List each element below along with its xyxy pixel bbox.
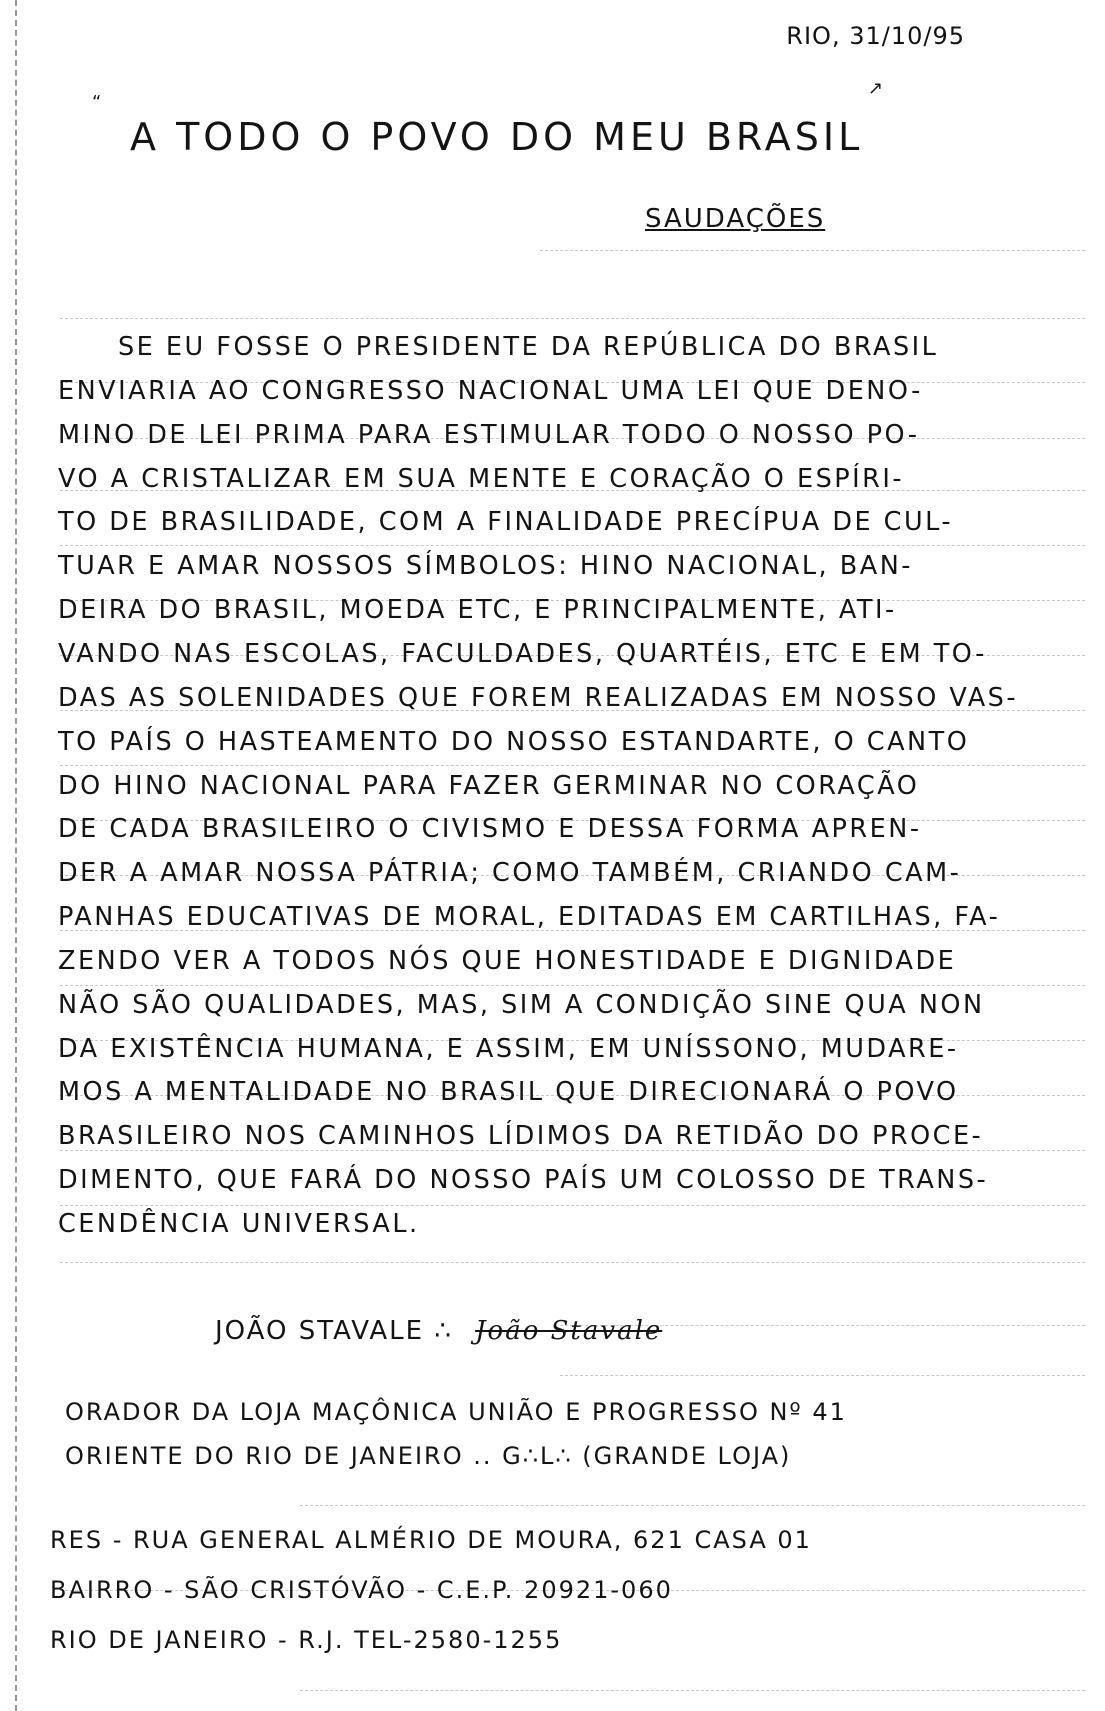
ruled-line (60, 985, 1085, 986)
body-line: das as solenidades que forem realizadas … (58, 686, 1018, 712)
letter-title: A Todo o Povo do Meu Brasil (130, 118, 863, 156)
body-line: tuar e amar nossos símbolos: Hino Nacion… (58, 554, 913, 580)
body-line: não são qualidades, mas, sim a condição … (58, 993, 985, 1019)
body-line: enviaria ao Congresso Nacional uma Lei q… (58, 379, 923, 405)
body-line: zendo ver a todos nós que honestidade e … (58, 949, 956, 975)
signer-name: João Stavale (215, 1316, 424, 1346)
affiliation-line: Orador da Loja Maçônica União e Progress… (65, 1400, 847, 1424)
body-line: mos a mentalidade no Brasil que direcion… (58, 1080, 959, 1106)
body-line: panhas educativas de moral, editadas em … (58, 905, 1000, 931)
ruled-line (60, 545, 1085, 546)
ruled-line (60, 1262, 1085, 1263)
body-line: do Hino Nacional para fazer germinar no … (58, 774, 919, 800)
body-line: cendência universal. (58, 1212, 420, 1238)
affiliation-line: Oriente do Rio de Janeiro .. G∴L∴ (Grand… (65, 1444, 791, 1468)
quote-mark-icon: “ (92, 92, 101, 113)
body-line: brasileiro nos caminhos lídimos da retid… (58, 1124, 983, 1150)
body-line: to de Brasilidade, com a finalidade prec… (58, 510, 953, 536)
handwritten-signature: João Stavale (475, 1316, 662, 1346)
ruled-line (60, 1205, 1085, 1206)
body-line: mino de Lei Prima para estimular todo o … (58, 423, 919, 449)
ruled-line (540, 250, 1085, 251)
ruled-line (300, 1690, 1085, 1691)
body-line: da existência humana, e assim, em unísso… (58, 1037, 959, 1063)
ruled-line (60, 765, 1085, 766)
body-line: dimento, que fará do nosso país um colos… (58, 1168, 988, 1194)
insertion-mark-icon: ↗ (868, 78, 883, 99)
letter-date: Rio, 31/10/95 (786, 24, 965, 48)
signature-block: João Stavale ∴ João Stavale (215, 1318, 662, 1344)
body-line: vo a cristalizar em sua mente e coração … (58, 467, 904, 493)
body-line: der a amar nossa Pátria; como também, cr… (58, 861, 961, 887)
page-margin-line (15, 0, 17, 1711)
masonic-separator: ∴ (434, 1316, 453, 1346)
body-line: to país o hasteamento do nosso estandart… (58, 730, 969, 756)
ruled-line (60, 318, 1085, 319)
body-line: de cada brasileiro o Civismo e dessa for… (58, 817, 922, 843)
ruled-line (300, 1505, 1085, 1506)
body-line: deira do Brasil, Moeda etc, e principalm… (58, 598, 897, 624)
letter-greeting: Saudações (645, 206, 825, 232)
address-line: Res - Rua General Almério de Moura, 621 … (50, 1528, 812, 1552)
body-line: Se eu fosse o Presidente da República do… (118, 335, 938, 361)
ruled-line (560, 1375, 1085, 1376)
body-line: vando nas escolas, faculdades, quartéis,… (58, 642, 987, 668)
address-line: Bairro - São Cristóvão - C.E.P. 20921-06… (50, 1578, 673, 1602)
address-line: Rio de Janeiro - R.J. Tel-2580-1255 (50, 1628, 562, 1652)
